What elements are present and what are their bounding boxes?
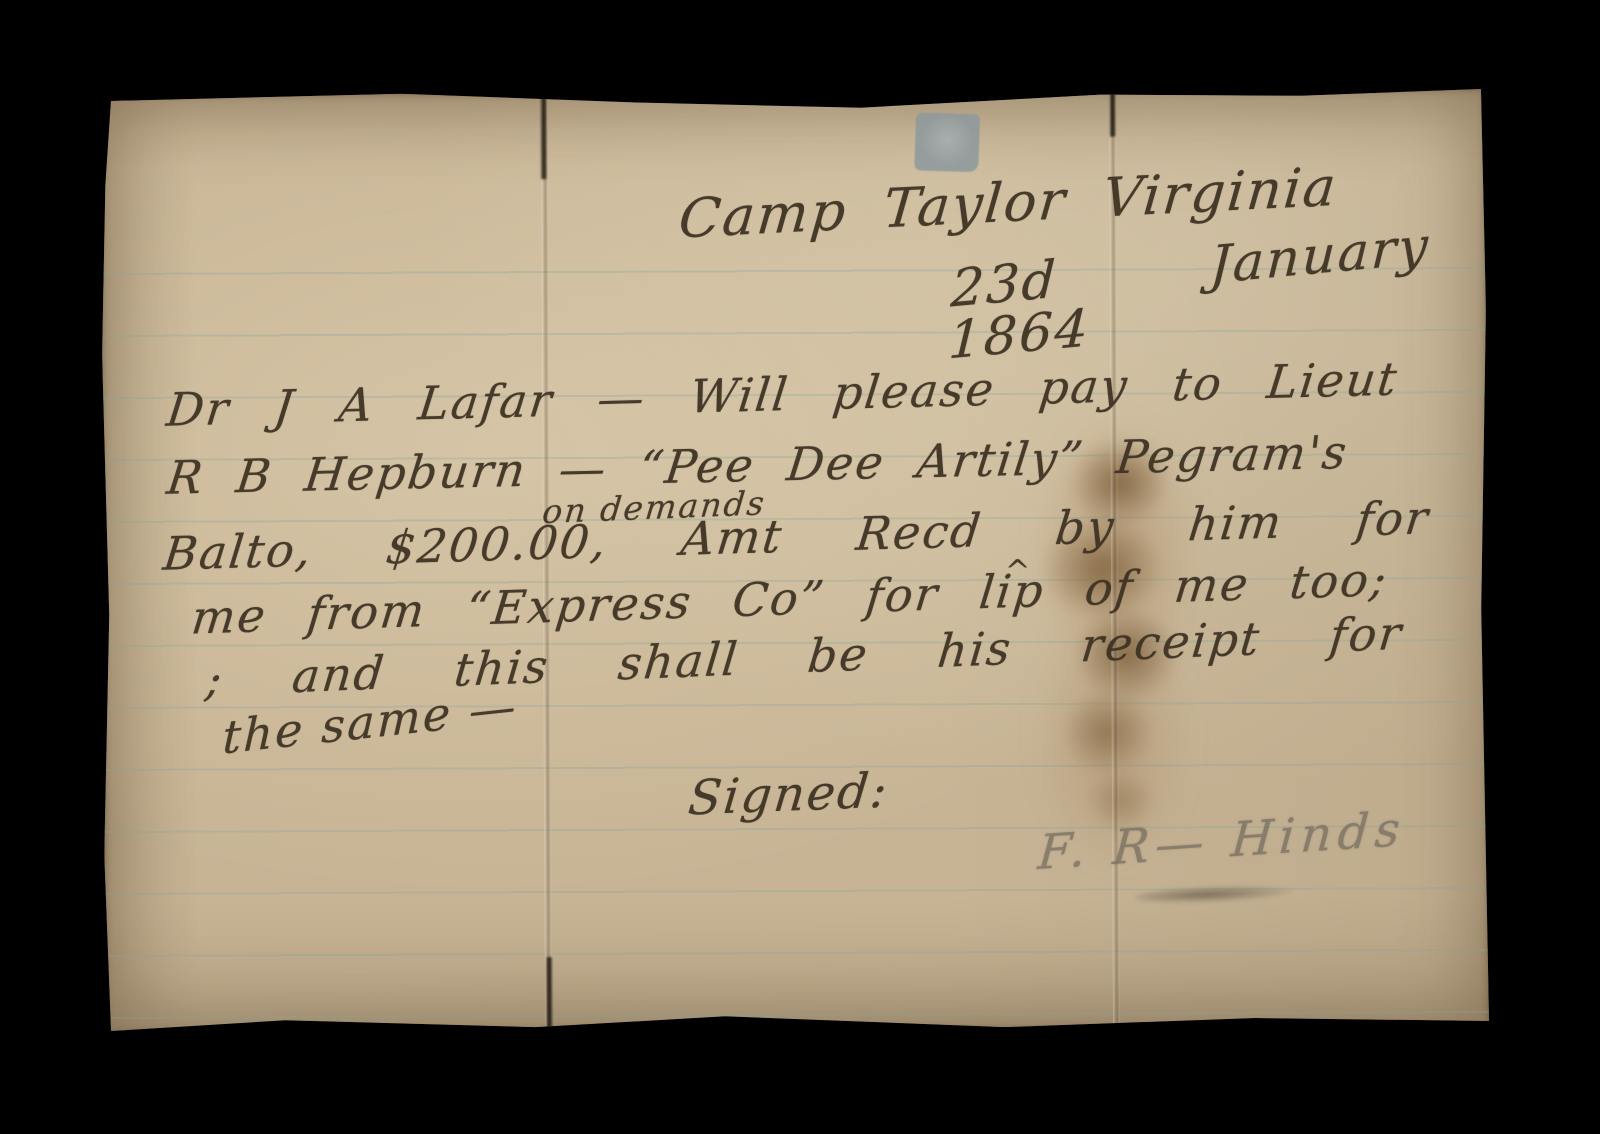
photo-background: Camp Taylor Virginia 23d January 1864 Dr… [0, 0, 1600, 1134]
letter-paper: Camp Taylor Virginia 23d January 1864 Dr… [101, 89, 1489, 1033]
fold-tear-bottom-left [547, 957, 552, 1031]
fold-tear-top-left [541, 93, 546, 179]
signed-label: Signed: [686, 767, 891, 823]
fold-tear-top-right [1110, 91, 1115, 137]
tape-residue-patch [914, 112, 980, 172]
